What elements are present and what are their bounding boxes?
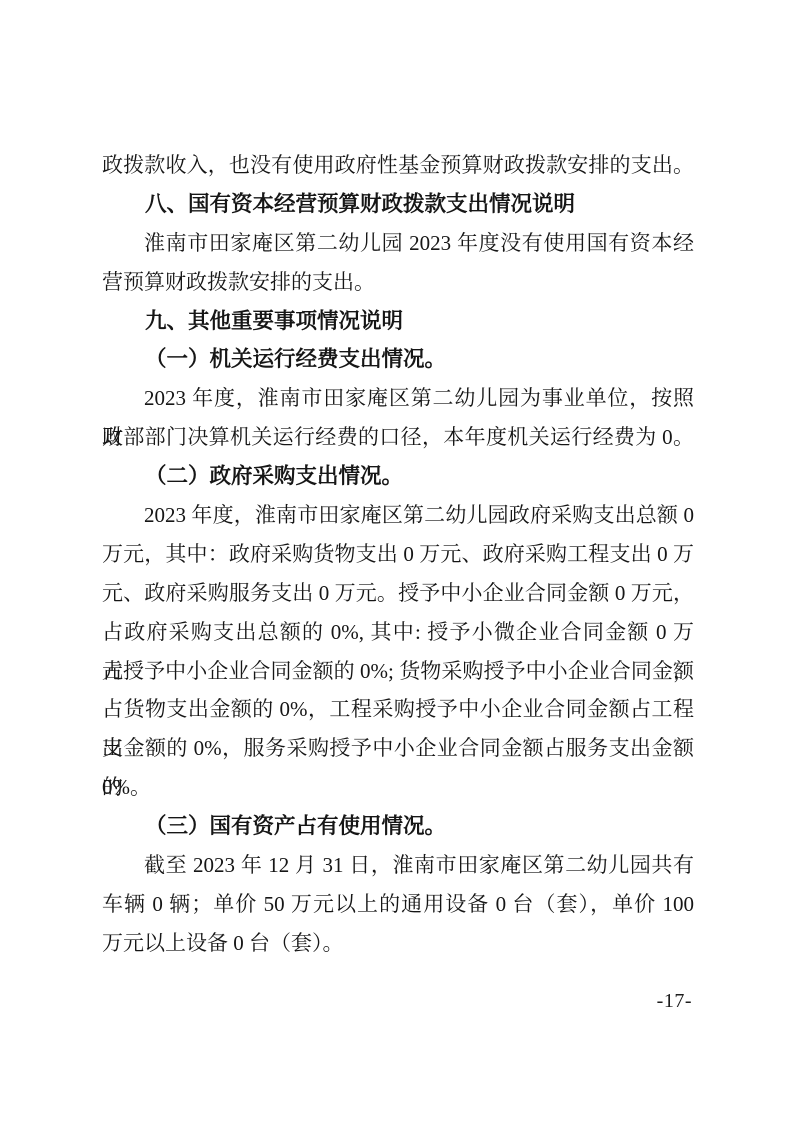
text-line: 元、政府采购服务支出 0 万元。授予中小企业合同金额 0 万元， [102,574,694,613]
section-heading-8: 八、国有资本经营预算财政拨款支出情况说明 [102,185,694,224]
text-line: 2023 年度，淮南市田家庵区第二幼儿园为事业单位，按照财 [102,379,694,418]
text-line: 车辆 0 辆；单价 50 万元以上的通用设备 0 台（套），单价 100 [102,885,694,924]
page-number: -17- [657,988,692,1014]
subsection-heading-2: （二）政府采购支出情况。 [102,457,694,496]
text-line: 占货物支出金额的 0%，工程采购授予中小企业合同金额占工程支 [102,690,694,729]
subsection-heading-1: （一）机关运行经费支出情况。 [102,340,694,379]
text-line: 淮南市田家庵区第二幼儿园 2023 年度没有使用国有资本经 [102,224,694,263]
document-body: 政拨款收入，也没有使用政府性基金预算财政拨款安排的支出。 八、国有资本经营预算财… [102,146,694,963]
text-line: 政部部门决算机关运行经费的口径，本年度机关运行经费为 0。 [102,418,694,457]
text-line: 万元以上设备 0 台（套）。 [102,924,694,963]
text-line: 营预算财政拨款安排的支出。 [102,263,694,302]
document-page: 政拨款收入，也没有使用政府性基金预算财政拨款安排的支出。 八、国有资本经营预算财… [0,0,793,1122]
text-line: 占授予中小企业合同金额的 0%; 货物采购授予中小企业合同金额 [102,652,694,691]
text-line: 出金额的 0%，服务采购授予中小企业合同金额占服务支出金额的 [102,729,694,768]
text-line: 0%。 [102,768,694,807]
text-line: 政拨款收入，也没有使用政府性基金预算财政拨款安排的支出。 [102,146,694,185]
text-line: 截至 2023 年 12 月 31 日，淮南市田家庵区第二幼儿园共有 [102,846,694,885]
subsection-heading-3: （三）国有资产占有使用情况。 [102,807,694,846]
text-line: 万元，其中：政府采购货物支出 0 万元、政府采购工程支出 0 万 [102,535,694,574]
text-line: 占政府采购支出总额的 0%, 其中: 授予小微企业合同金额 0 万元， [102,613,694,652]
section-heading-9: 九、其他重要事项情况说明 [102,302,694,341]
text-line: 2023 年度，淮南市田家庵区第二幼儿园政府采购支出总额 0 [102,496,694,535]
